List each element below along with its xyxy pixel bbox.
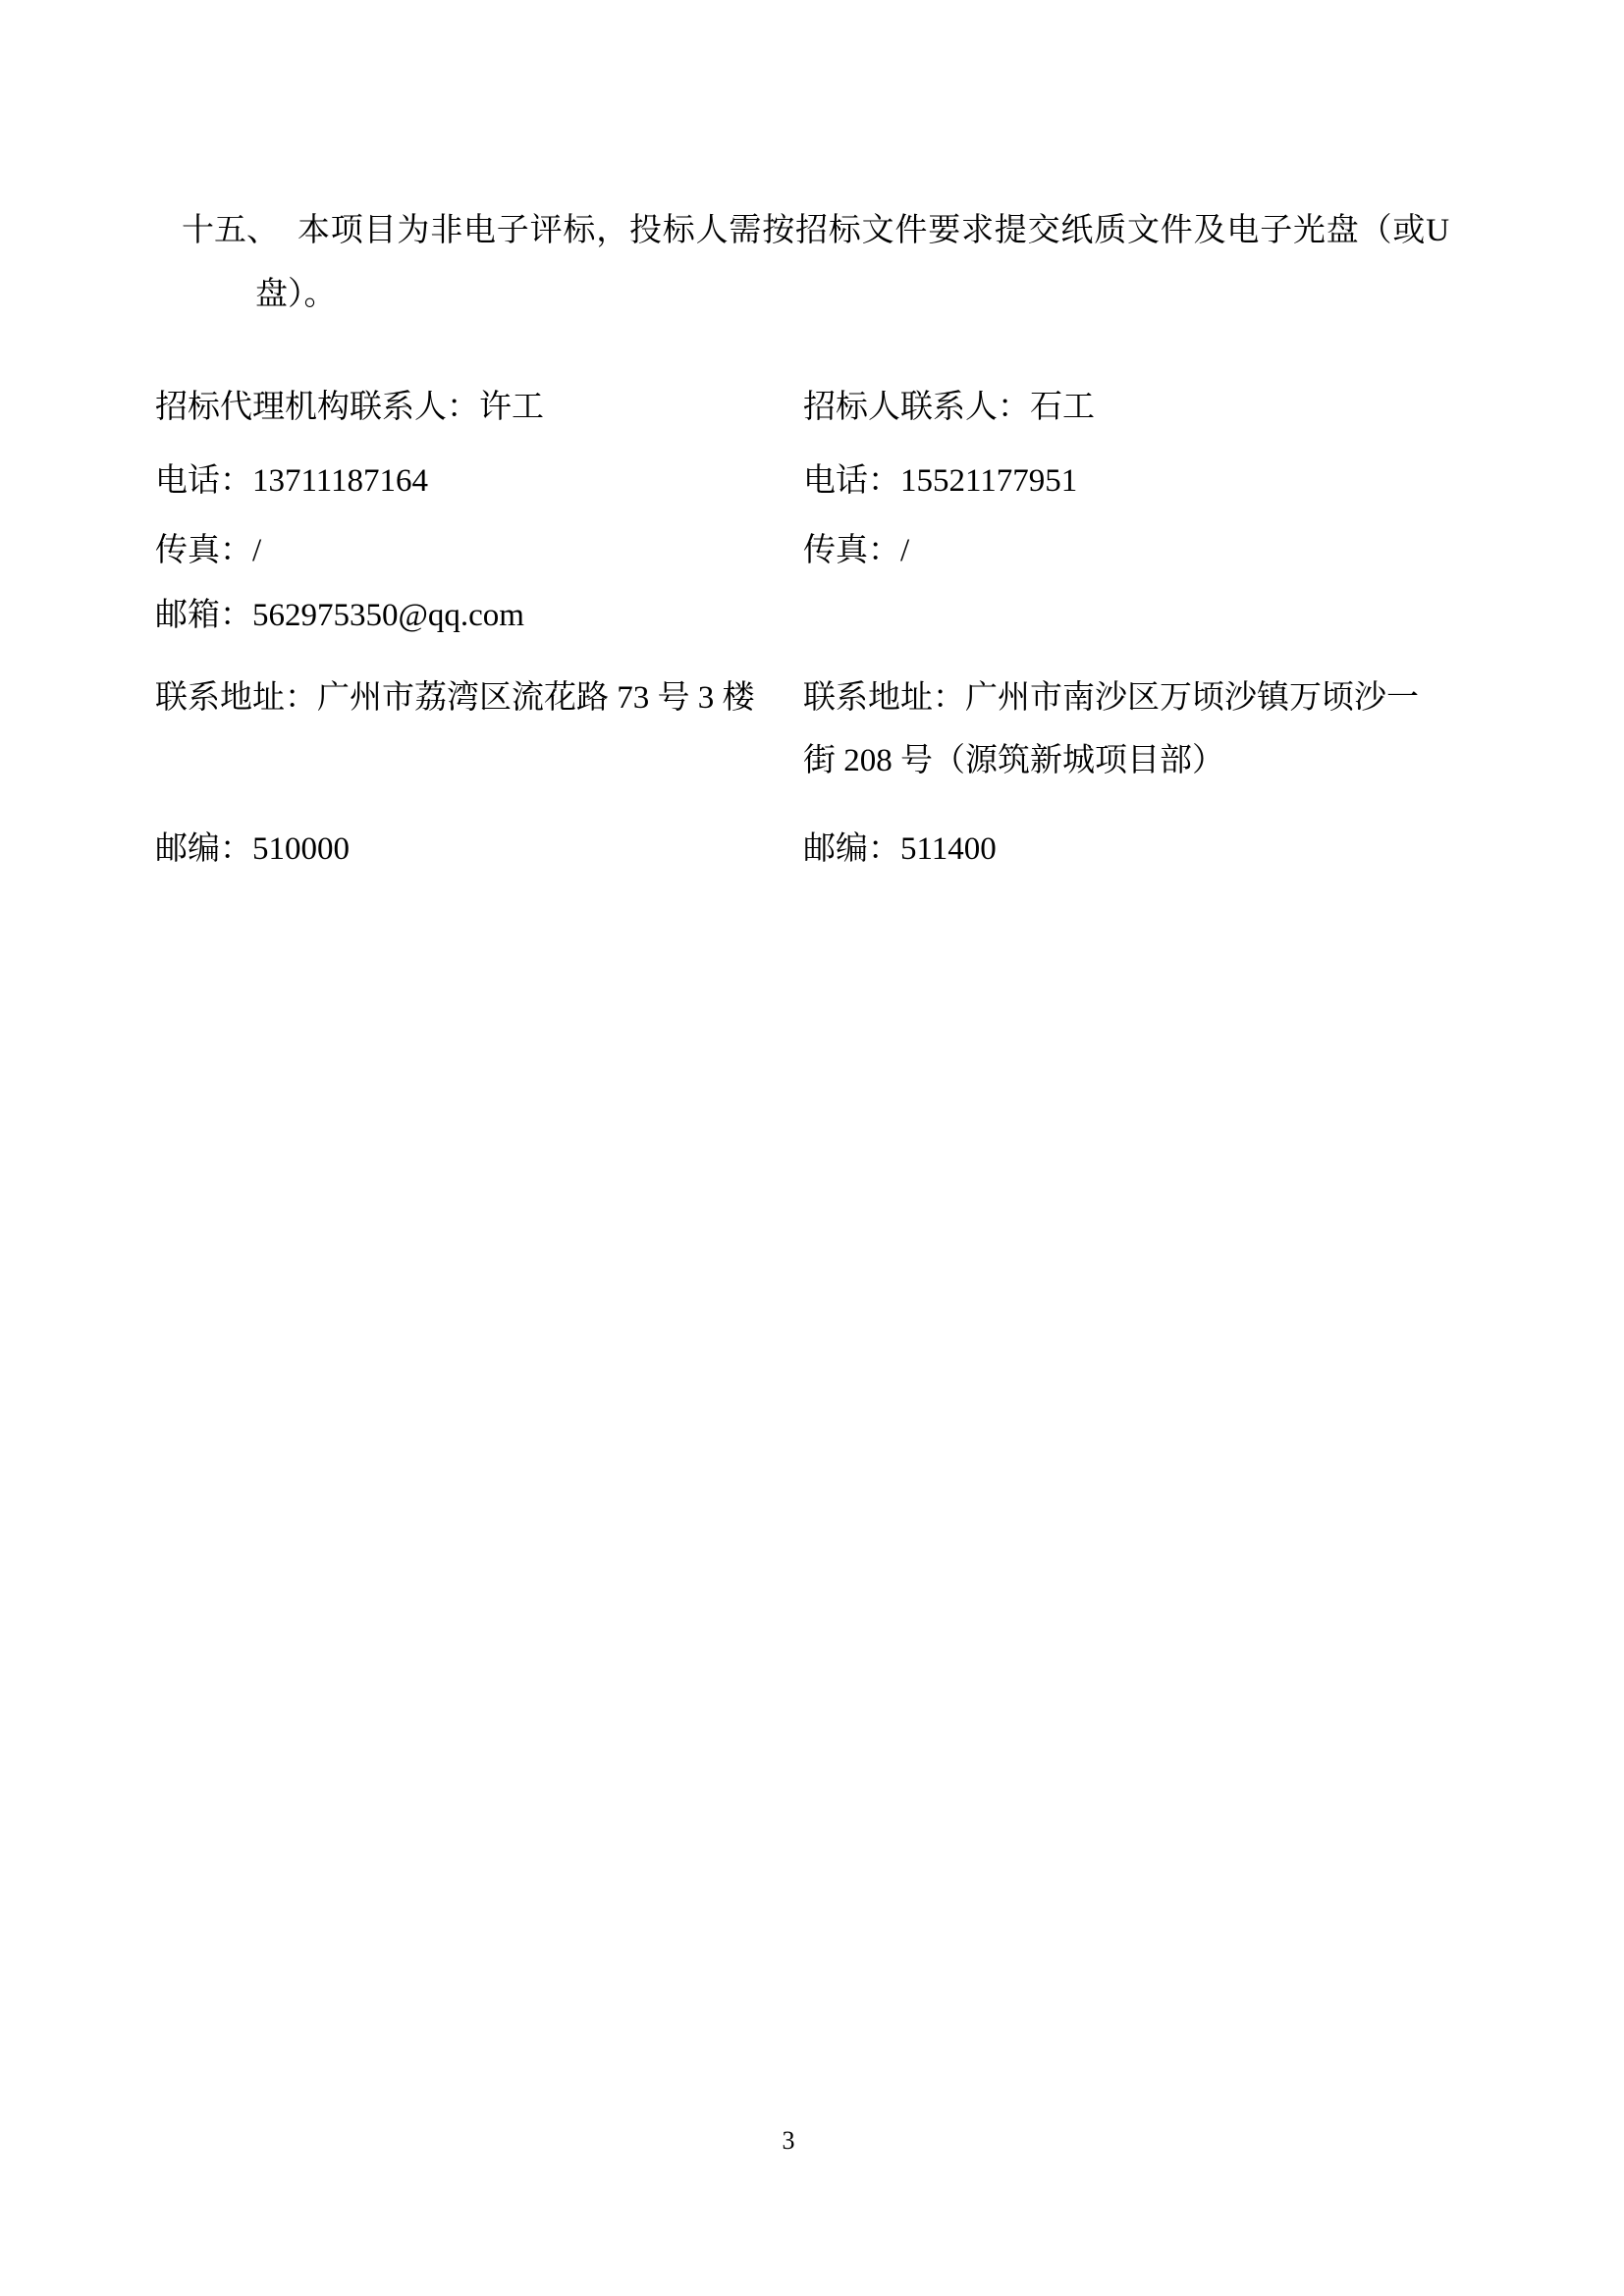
agency-postcode: 邮编：510000	[155, 830, 350, 868]
tenderer-address-line2: 街 208 号（源筑新城项目部）	[803, 742, 1224, 779]
clause-15-text-line1: 本项目为非电子评标，投标人需按招标文件要求提交纸质文件及电子光盘（或U	[298, 212, 1450, 249]
agency-email: 邮箱：562975350@qq.com	[155, 597, 524, 634]
agency-fax: 传真：/	[155, 532, 261, 569]
tenderer-postcode: 邮编：511400	[803, 830, 997, 868]
agency-address: 联系地址：广州市荔湾区流花路 73 号 3 楼	[155, 679, 755, 717]
agency-phone: 电话：13711187164	[155, 462, 428, 500]
clause-15-number: 十五、	[182, 212, 279, 249]
tenderer-fax: 传真：/	[803, 532, 909, 569]
agency-contact-person: 招标代理机构联系人：许工	[155, 389, 544, 426]
tenderer-contact-person: 招标人联系人：石工	[803, 389, 1095, 426]
tenderer-phone: 电话：15521177951	[803, 462, 1077, 500]
clause-15-text-line2: 盘）。	[255, 276, 337, 313]
page-number: 3	[0, 2126, 1577, 2156]
document-page: 十五、 本项目为非电子评标，投标人需按招标文件要求提交纸质文件及电子光盘（或U …	[0, 0, 1624, 2296]
tenderer-address-line1: 联系地址：广州市南沙区万顷沙镇万顷沙一	[803, 679, 1419, 717]
